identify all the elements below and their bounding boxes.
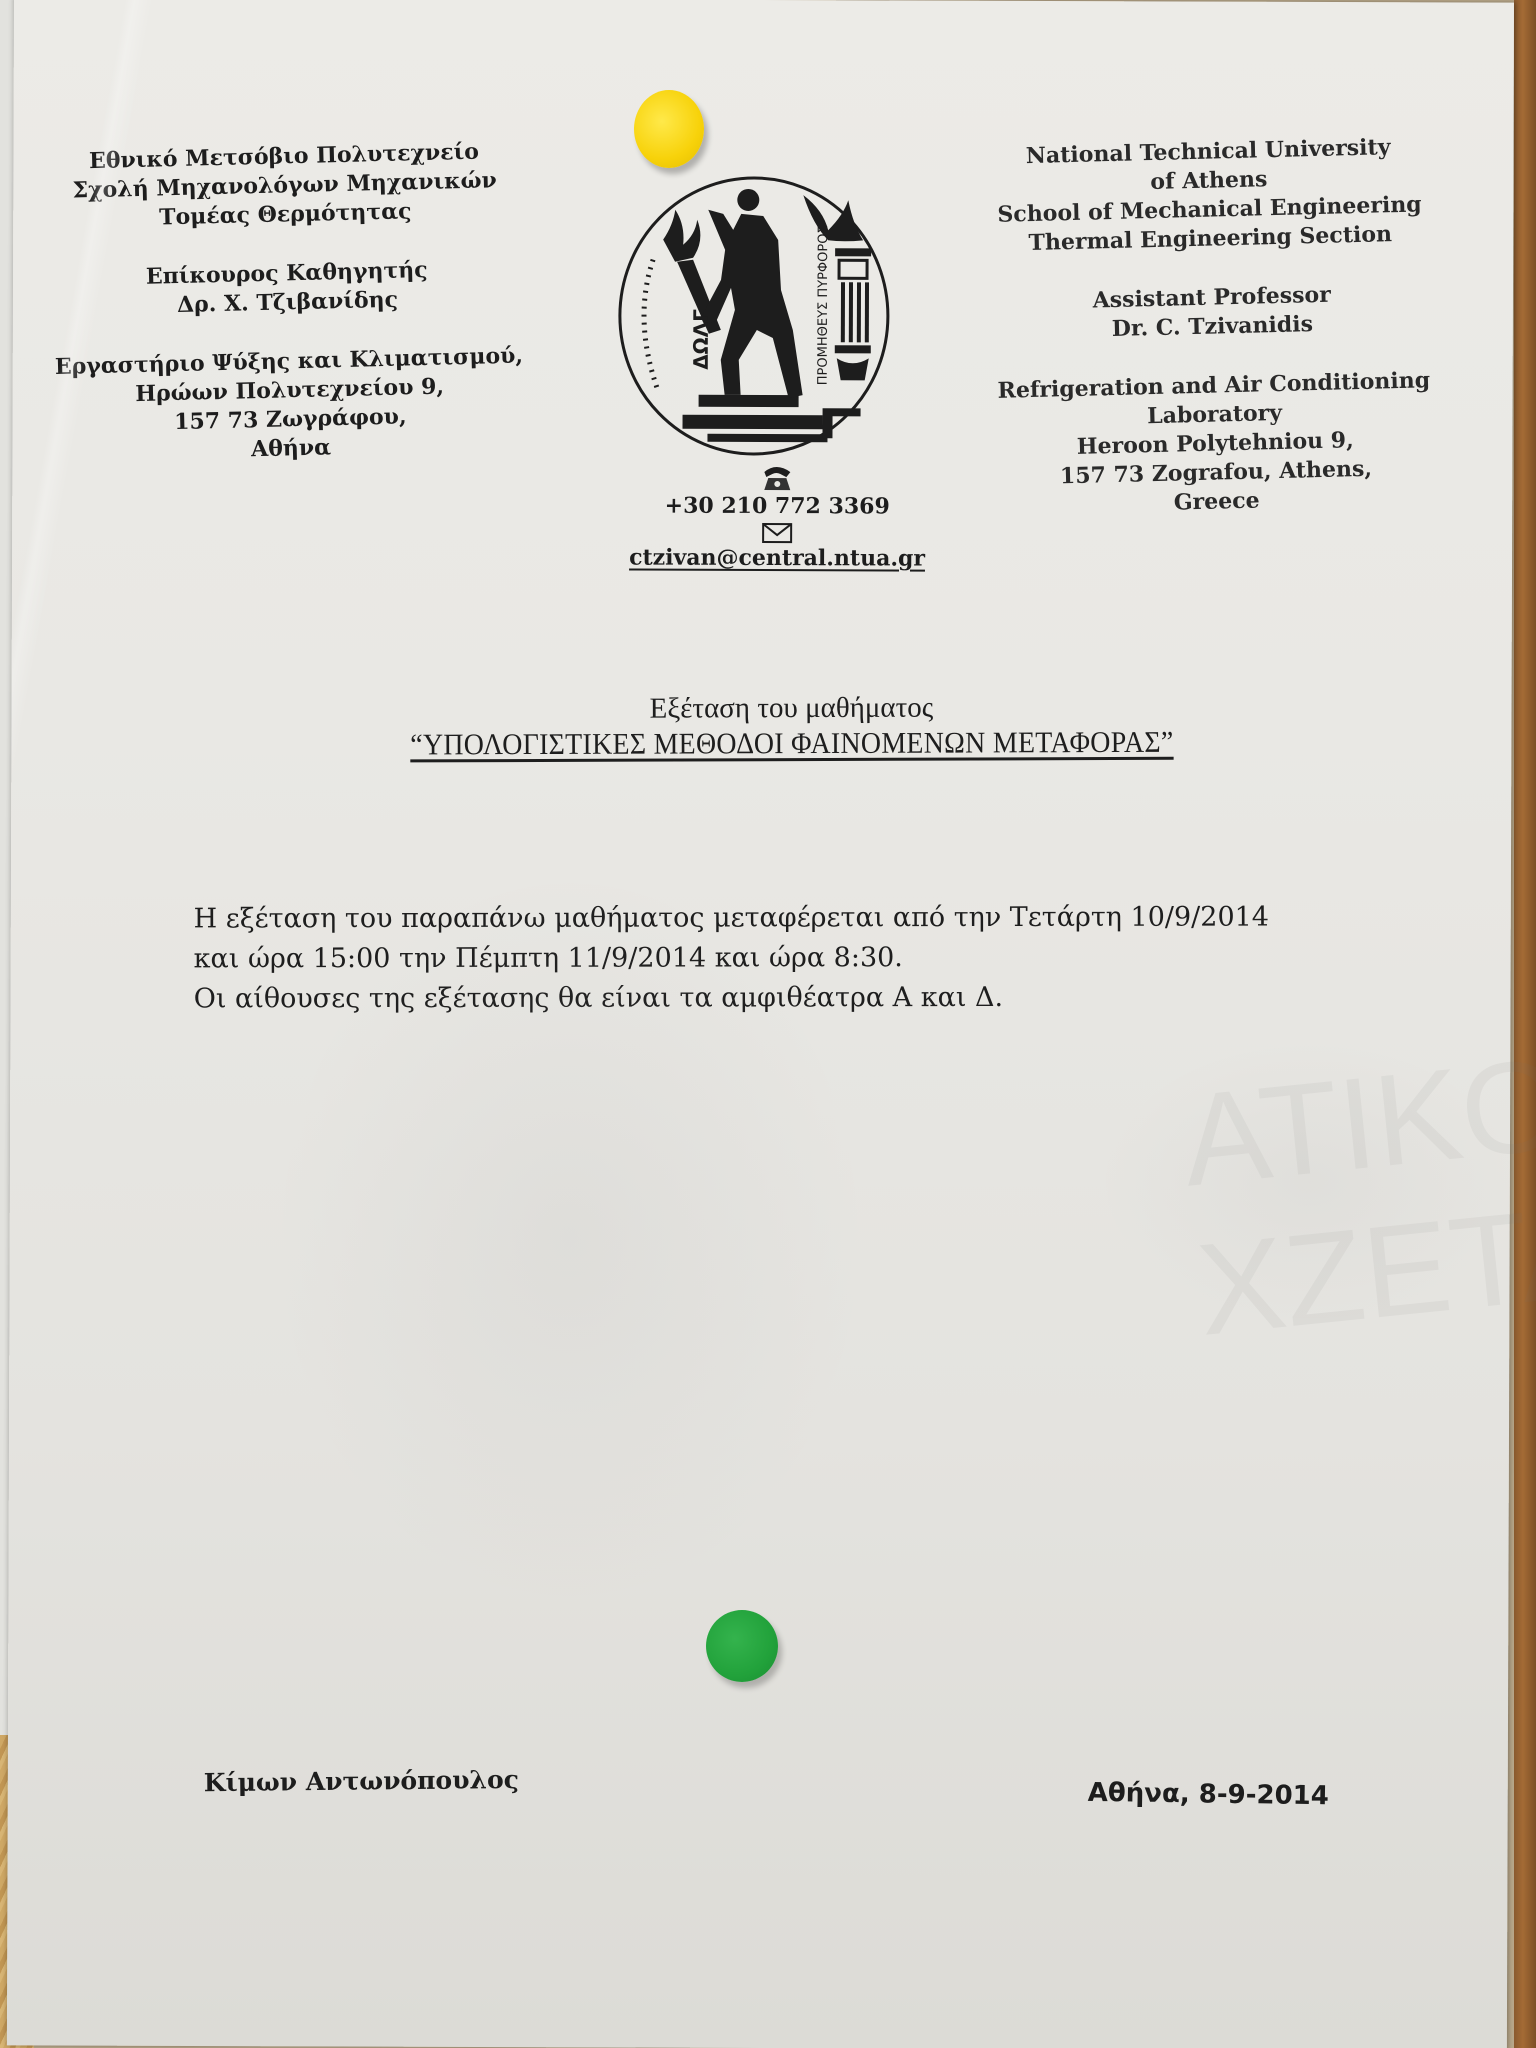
envelope-icon	[612, 519, 942, 544]
notice-line: Οι αίθουσες της εξέτασης θα είναι τα αμφ…	[194, 977, 1484, 1019]
letterhead-greek: Εθνικό Μετσόβιο Πολυτεχνείο Σχολή Μηχανο…	[19, 136, 557, 500]
address-greek: Εργαστήριο Ψύξης και Κλιματισμού, Ηρώων …	[24, 341, 557, 470]
notice-body: Η εξέταση του παραπάνω μαθήματος μεταφέρ…	[194, 897, 1484, 1019]
exam-heading: Εξέταση του μαθήματος “ΥΠΟΛΟΓΙΣΤΙΚΕΣ ΜΕΘ…	[241, 688, 1341, 764]
email-link[interactable]: ctzivan@central.ntua.gr	[612, 543, 942, 572]
institution-greek: Εθνικό Μετσόβιο Πολυτεχνείο Σχολή Μηχανο…	[19, 136, 551, 236]
notice-line: και ώρα 15:00 την Πέμπτη 11/9/2014 και ώ…	[194, 937, 1484, 979]
exam-heading-label: Εξέταση του μαθήματος	[241, 688, 1341, 728]
phone-number: +30 210 772 3369	[612, 491, 942, 520]
show-through-text: ATIKOΣΧΖΕΤΑ	[1176, 1020, 1536, 1365]
address-english: Refrigeration and Air Conditioning Labor…	[964, 365, 1467, 522]
person-greek: Επίκουρος Καθηγητής Δρ. Χ. Τζιβανίδης	[22, 253, 553, 324]
notice-sheet: ATIKOΣΧΖΕΤΑ Εθνικό Μετσόβιο Πολυτεχνείο …	[7, 0, 1514, 2048]
letterhead-english: National Technical University of Athens …	[958, 132, 1468, 553]
seal-inscription-right: ΠΡΟΜΗΘΕΥΣ ΠΥΡΦΟΡΟΣ	[816, 225, 832, 385]
place-and-date: Αθήνα, 8-9-2014	[1088, 1778, 1330, 1811]
green-pushpin-icon	[706, 1610, 778, 1682]
yellow-pushpin-icon	[634, 90, 704, 168]
notice-line: Η εξέταση του παραπάνω μαθήματος μεταφέρ…	[194, 897, 1484, 939]
institution-english: National Technical University of Athens …	[958, 132, 1461, 260]
seal-inscription-left: ΔΩΛΓ	[689, 309, 713, 370]
telephone-icon	[612, 461, 942, 492]
person-english: Assistant Professor Dr. C. Tzivanidis	[961, 277, 1462, 347]
wooden-frame	[1514, 0, 1536, 2048]
contact-block: +30 210 772 3369 ctzivan@central.ntua.gr	[612, 461, 942, 572]
ntua-prometheus-seal-icon: ΔΩΛΓ ΠΡΟΜΗΘΕΥΣ ΠΥΡΦΟΡΟΣ	[612, 169, 895, 460]
signatory-name: Κίμων Αντωνόπουλος	[204, 1765, 519, 1797]
course-title: “ΥΠΟΛΟΓΙΣΤΙΚΕΣ ΜΕΘΟΔΟΙ ΦΑΙΝΟΜΕΝΩΝ ΜΕΤΑΦΟ…	[410, 725, 1173, 764]
